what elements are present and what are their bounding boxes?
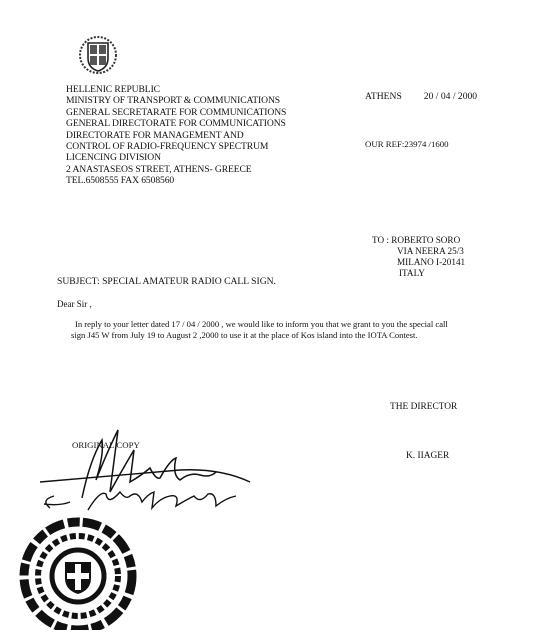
recipient-city: MILANO I-20141 bbox=[372, 257, 465, 268]
letterhead-line: HELLENIC REPUBLIC bbox=[66, 84, 286, 95]
letterhead-line: TEL.6508555 FAX 6508560 bbox=[66, 175, 286, 186]
dateline: ATHENS20 / 04 / 2000 bbox=[365, 91, 477, 102]
recipient-street: VIA NEERA 25/3 bbox=[372, 246, 465, 257]
letterhead-line: LICENCING DIVISION bbox=[66, 152, 286, 163]
recipient-address: TO : ROBERTO SORO VIA NEERA 25/3 MILANO … bbox=[372, 235, 465, 279]
subject-line: SUBJECT: SPECIAL AMATEUR RADIO CALL SIGN… bbox=[57, 276, 276, 287]
official-seal-stamp-icon bbox=[10, 510, 140, 630]
dateline-date: 20 / 04 / 2000 bbox=[424, 91, 477, 102]
dateline-place: ATHENS bbox=[365, 91, 402, 102]
recipient-name: ROBERTO SORO bbox=[391, 235, 460, 245]
letterhead-line: GENERAL SECRETARATE FOR COMMUNICATIONS bbox=[66, 107, 286, 118]
letterhead-line: CONTROL OF RADIO-FREQUENCY SPECTRUM bbox=[66, 141, 286, 152]
original-copy-label: ORIGINAL COPY bbox=[72, 440, 140, 450]
body-line: sign J45 W from July 19 to August 2 ,200… bbox=[71, 330, 448, 341]
body-line: In reply to your letter dated 17 / 04 / … bbox=[75, 319, 448, 330]
salutation: Dear Sir , bbox=[57, 299, 92, 309]
reference-number: OUR REF:23974 /1600 bbox=[365, 139, 449, 149]
handwritten-signature-icon bbox=[30, 420, 270, 520]
letterhead-line: 2 ANASTASEOS STREET, ATHENS- GREECE bbox=[66, 164, 286, 175]
signer-name: K. IIAGER bbox=[406, 451, 449, 461]
letterhead-line: DIRECTORATE FOR MANAGEMENT AND bbox=[66, 130, 286, 141]
letterhead: HELLENIC REPUBLIC MINISTRY OF TRANSPORT … bbox=[66, 84, 286, 187]
closing-title: THE DIRECTOR bbox=[390, 402, 457, 412]
letterhead-line: GENERAL DIRECTORATE FOR COMMUNICATIONS bbox=[66, 118, 286, 129]
letterhead-line: MINISTRY OF TRANSPORT & COMMUNICATIONS bbox=[66, 95, 286, 106]
recipient-country: ITALY bbox=[372, 268, 465, 279]
letter-body: In reply to your letter dated 17 / 04 / … bbox=[75, 319, 448, 341]
greek-coat-of-arms-icon bbox=[78, 34, 118, 76]
recipient-label: TO : bbox=[372, 235, 389, 245]
